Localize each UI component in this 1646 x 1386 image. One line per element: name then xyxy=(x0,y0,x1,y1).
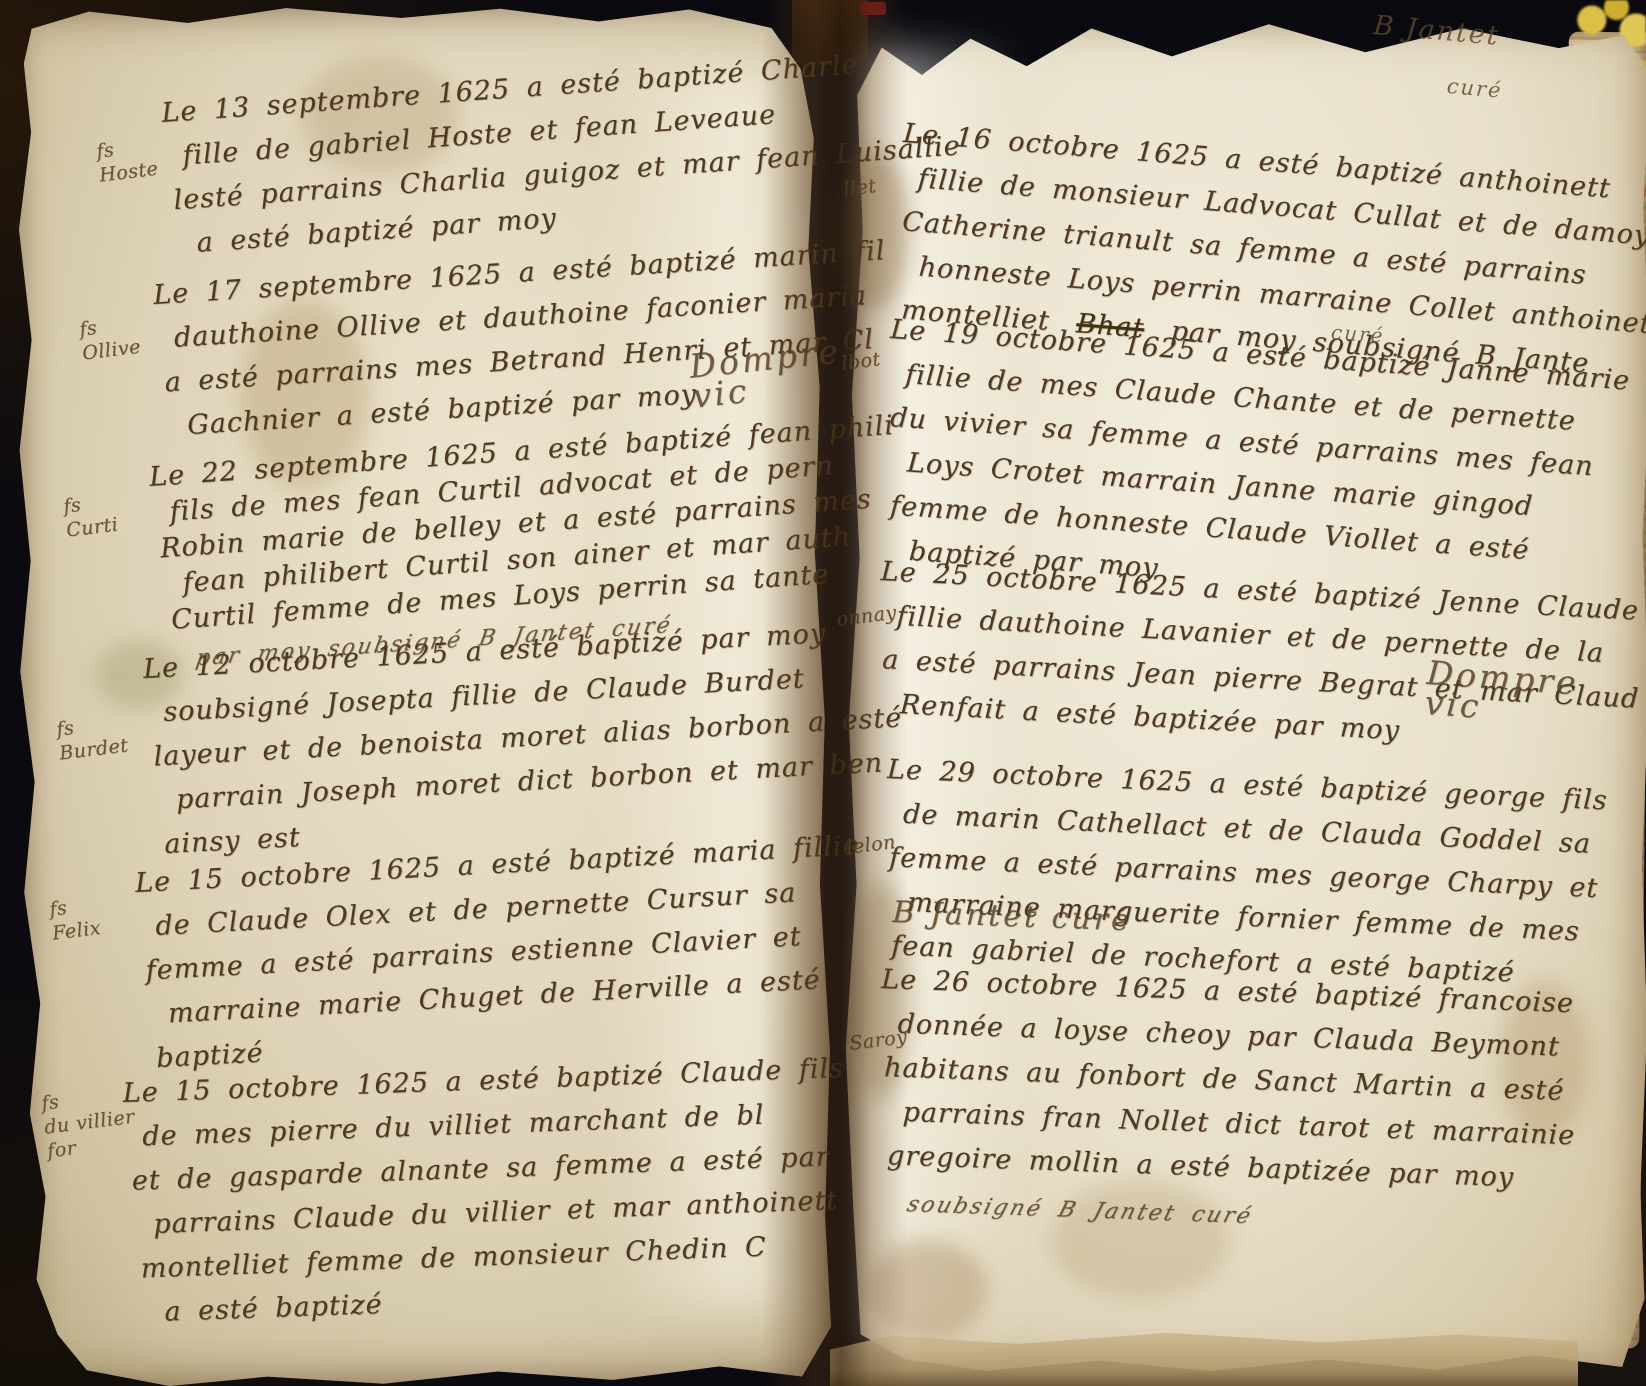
margin-note: fs Ollive xyxy=(78,311,142,366)
margin-note: llet xyxy=(842,174,878,202)
priest-signature-fragment: curé xyxy=(1446,74,1504,103)
margin-note: fs Curti xyxy=(62,489,120,543)
binding-thread xyxy=(860,2,886,15)
priest-signature: B Jantet curé xyxy=(892,898,1132,936)
baptism-entry: Le 26 octobre 1625 a esté baptizé franco… xyxy=(873,958,1581,1250)
baptism-entry: Le 15 octobre 1625 a esté baptizé Claude… xyxy=(122,1047,852,1336)
margin-note: fs Burdet xyxy=(55,710,130,766)
manuscript-photo: fs Hoste Le 13 septembre 1625 a esté bap… xyxy=(0,0,1646,1386)
baptism-entry: Le 15 octobre 1625 a esté baptizé maria … xyxy=(134,824,870,1082)
margin-note: fs Hoste xyxy=(95,133,160,188)
margin-note: lbot xyxy=(840,347,882,376)
margin-note: fs Felix xyxy=(48,892,102,946)
priest-flourish: Dompre vic xyxy=(1424,658,1580,728)
